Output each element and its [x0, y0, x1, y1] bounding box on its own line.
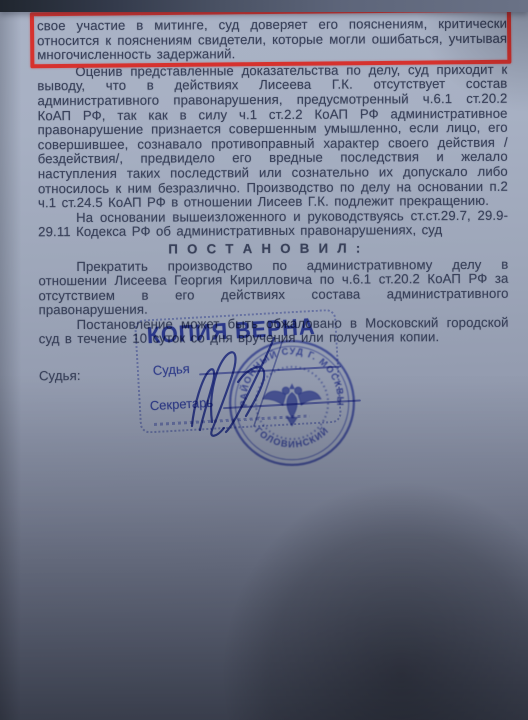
paragraph-legal-basis: На основании вышеизложенного и руководст… [38, 208, 508, 240]
resolution-heading: П О С Т А Н О В И Л : [30, 241, 500, 258]
highlighted-passage: свое участие в митинге, суд доверяет его… [37, 17, 507, 63]
paragraph-assessment: Оценив представленные доказательства по … [37, 63, 508, 211]
photo-top-edge [0, 0, 528, 12]
highlight-box [30, 8, 512, 68]
paragraph-resolution: Прекратить производство по административ… [38, 257, 508, 318]
document-photo: свое участие в митинге, суд доверяет его… [0, 0, 528, 720]
judge-signature [178, 328, 313, 440]
